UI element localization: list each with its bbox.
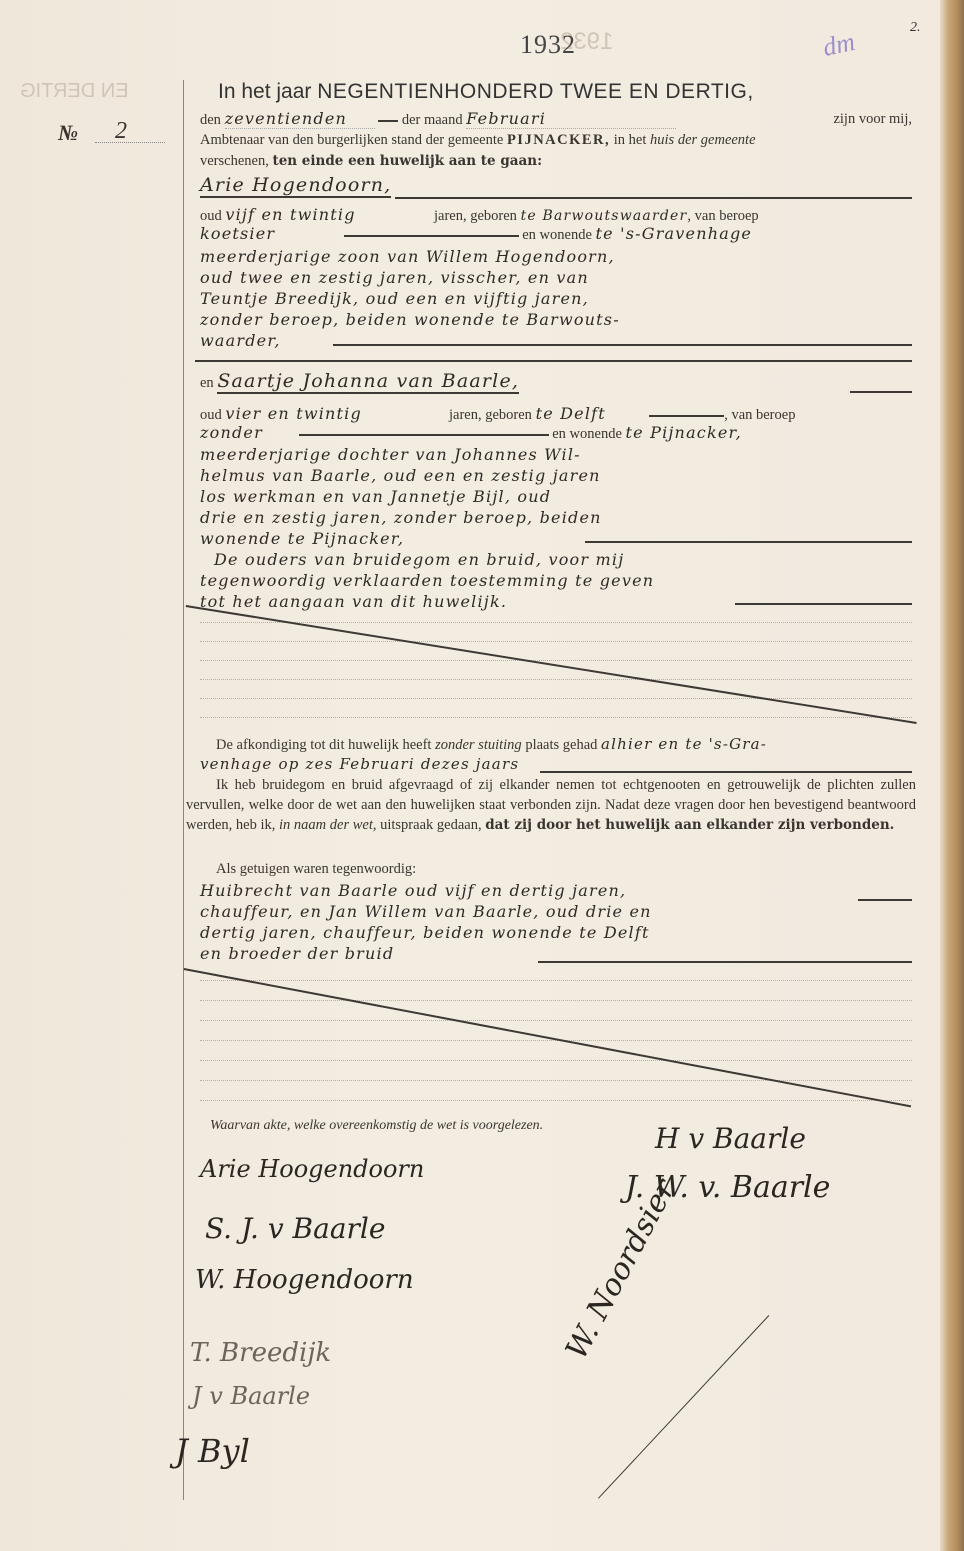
groom-parents-line: meerderjarige zoon van Willem Hogendoorn…	[200, 246, 912, 267]
proclamation-line: De afkondiging tot dit huwelijk heeft zo…	[216, 735, 912, 754]
municipality-name: PIJNACKER,	[507, 132, 610, 148]
witnesses-label: Als getuigen waren tegenwoordig:	[216, 860, 928, 878]
filler-line	[585, 541, 912, 543]
groom-occupation: koetsier	[200, 225, 340, 243]
signature-witness-1: H v Baarle	[655, 1122, 806, 1155]
intro-line-registrar: Ambtenaar van den burgerlijken stand der…	[200, 131, 912, 149]
oud-label: oud	[200, 407, 222, 423]
bride-age-line: oud vier en twintig jaren, geboren te De…	[200, 405, 912, 424]
blank-rule	[200, 717, 912, 718]
proclamation-text: De afkondiging tot dit huwelijk heeft	[216, 737, 431, 753]
groom-birthplace: te Barwoutswaarder	[521, 208, 688, 224]
blank-rule	[200, 641, 912, 642]
groom-residence: te 's-Gravenhage	[596, 224, 753, 243]
register-year: 1932	[520, 30, 576, 60]
headline-year-words: NEGENTIENHONDERD TWEE EN DERTIG,	[317, 80, 753, 103]
bride-parents-line: wonende te Pijnacker,	[200, 528, 912, 549]
filler-line	[858, 899, 912, 901]
signature-groom-father: W. Hoogendoorn	[195, 1265, 414, 1295]
signature-groom-mother: T. Breedijk	[190, 1338, 331, 1368]
month-field: Februari	[466, 110, 676, 129]
uitspraak-text: uitspraak gedaan,	[380, 817, 481, 833]
proclamation-place: alhier en te 's-Gra-	[601, 735, 767, 753]
filler-line	[344, 235, 519, 237]
purpose-text: ten einde een huwelijk aan te gaan:	[272, 153, 542, 169]
den-label: den	[200, 112, 221, 128]
groom-age-line: oud vijf en twintig jaren, geboren te Ba…	[200, 206, 912, 225]
page-number: 2.	[910, 20, 921, 36]
filler-line	[378, 120, 398, 122]
filler-line	[850, 391, 912, 393]
groom-name: Arie Hogendoorn,	[200, 174, 391, 198]
blank-rule	[200, 622, 912, 623]
van-beroep-label: , van beroep	[724, 407, 795, 423]
headline: In het jaar NEGENTIENHONDERD TWEE EN DER…	[218, 80, 754, 104]
blank-rule	[200, 679, 912, 680]
page-edge	[940, 0, 964, 1551]
record-number-dots	[95, 142, 165, 143]
van-beroep-label: , van beroep	[687, 208, 758, 224]
en-wonende-label: en wonende	[522, 227, 592, 243]
bride-parents-line: meerderjarige dochter van Johannes Wil-	[200, 444, 912, 465]
witness-line: dertig jaren, chauffeur, beiden wonende …	[200, 922, 912, 943]
en-label: en	[200, 375, 214, 391]
signature-bride-father: J v Baarle	[192, 1382, 310, 1410]
in-naam-der-wet-text: in naam der wet,	[279, 817, 376, 833]
signature-bride: S. J. v Baarle	[205, 1212, 385, 1245]
zonder-stuiting-text: zonder stuiting	[435, 737, 522, 753]
bride-parents-line: helmus van Baarle, oud een en zestig jar…	[200, 465, 912, 486]
signature-bride-mother: J Byl	[175, 1432, 250, 1470]
month-label: der maand	[402, 112, 463, 128]
bride-age: vier en twintig	[225, 405, 445, 423]
blank-rule	[200, 1000, 912, 1001]
blank-rule	[200, 698, 912, 699]
groom-age: vijf en twintig	[225, 206, 430, 224]
en-wonende-label: en wonende	[552, 426, 622, 442]
headline-prefix: In het jaar	[218, 80, 311, 103]
jaren-geboren-label: jaren, geboren	[434, 208, 517, 224]
filler-line	[649, 415, 724, 417]
groom-parents-line: zonder beroep, beiden wonende te Barwout…	[200, 309, 912, 330]
record-number-label: №	[58, 120, 78, 146]
blank-rule	[200, 660, 912, 661]
blank-rule	[200, 1080, 912, 1081]
huis-der-gemeente-text: huis der gemeente	[650, 132, 756, 148]
witnesses-text: Huibrecht van Baarle oud vijf en dertig …	[200, 880, 912, 964]
record-number-value: 2	[115, 118, 127, 145]
groom-parents-line: waarder,	[200, 330, 912, 351]
bride-residence: te Pijnacker,	[626, 423, 742, 442]
zijn-voor-mij-label: zijn voor mij,	[833, 110, 912, 128]
filler-line	[299, 434, 549, 436]
bride-name: Saartje Johanna van Baarle,	[217, 370, 519, 394]
filler-line	[333, 344, 912, 346]
bride-occupation: zonder	[200, 424, 295, 442]
groom-occupation-line: koetsier en wonende te 's-Gravenhage	[200, 225, 912, 244]
witness-line: chauffeur, en Jan Willem van Baarle, oud…	[200, 901, 912, 922]
blank-rule	[200, 1100, 912, 1101]
blank-rule	[200, 980, 912, 981]
bride-parents-line: drie en zestig jaren, zonder beroep, bei…	[200, 507, 912, 528]
day-field: zeventienden	[225, 110, 375, 129]
groom-parents-line: Teuntje Breedijk, oud een en vijftig jar…	[200, 288, 912, 309]
blank-rule	[200, 1060, 912, 1061]
filler-line	[735, 603, 912, 605]
section-divider	[195, 360, 912, 362]
groom-name-line: Arie Hogendoorn,	[200, 176, 912, 196]
bleed-through-heading: EN DERTIG	[20, 80, 129, 103]
verschenen-text: verschenen,	[200, 153, 269, 169]
groom-parents: meerderjarige zoon van Willem Hogendoorn…	[200, 246, 912, 351]
jaren-geboren-label: jaren, geboren	[449, 407, 532, 423]
blank-rule	[200, 1020, 912, 1021]
consent-line: De ouders van bruidegom en bruid, voor m…	[200, 549, 912, 570]
bride-name-line: en Saartje Johanna van Baarle,	[200, 372, 912, 392]
filler-line	[540, 771, 912, 773]
bride-parents-line: los werkman en van Jannetje Bijl, oud	[200, 486, 912, 507]
bride-parents: meerderjarige dochter van Johannes Wil- …	[200, 444, 912, 612]
margin-rule	[183, 80, 184, 1500]
consent-line: tegenwoordig verklaarden toestemming te …	[200, 570, 912, 591]
proclamation-date: venhage op zes Februari dezes jaars	[200, 755, 519, 773]
oud-label: oud	[200, 208, 222, 224]
signature-groom: Arie Hoogendoorn	[200, 1155, 424, 1183]
registrar-text: Ambtenaar van den burgerlijken stand der…	[200, 132, 503, 148]
intro-line-purpose: verschenen, ten einde een huwelijk aan t…	[200, 152, 912, 170]
declaration-paragraph: Ik heb bruidegom en bruid afgevraagd of …	[186, 775, 916, 835]
bride-birthplace: te Delft	[536, 405, 646, 423]
groom-parents-line: oud twee en zestig jaren, visscher, en v…	[200, 267, 912, 288]
intro-line-date: den zeventienden der maand Februari zijn…	[200, 110, 912, 129]
filler-line	[395, 197, 912, 199]
in-het-text: in het	[614, 132, 647, 148]
bride-occupation-line: zonder en wonende te Pijnacker,	[200, 424, 912, 443]
verbonden-text: dat zij door het huwelijk aan elkander z…	[485, 817, 894, 833]
consent-line: tot het aangaan van dit huwelijk.	[200, 591, 912, 612]
witness-line: Huibrecht van Baarle oud vijf en dertig …	[200, 880, 912, 901]
filler-line	[538, 961, 912, 963]
plaats-gehad-text: plaats gehad	[525, 737, 597, 753]
closing-statement: Waarvan akte, welke overeenkomstig de we…	[210, 1118, 543, 1134]
